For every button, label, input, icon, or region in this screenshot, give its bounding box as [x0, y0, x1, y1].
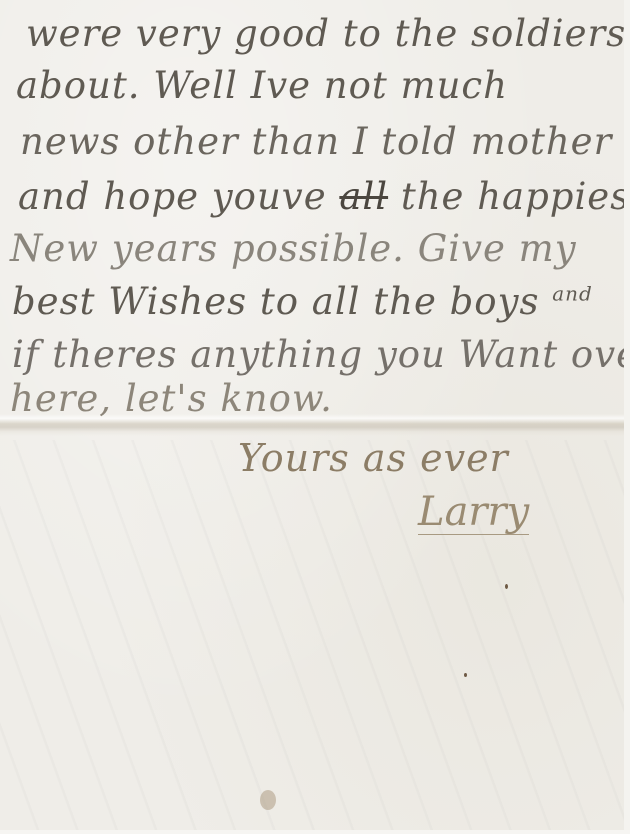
page-right-edge [624, 0, 630, 834]
line-6-text: best Wishes to all the boys [12, 280, 539, 323]
ink-speck [505, 584, 508, 589]
line-4-end: the happiest [401, 175, 630, 218]
letter-line-1: were very good to the soldiers [26, 12, 626, 55]
struck-out-word: all [339, 175, 388, 218]
letter-line-6: best Wishes to all the boys and [12, 280, 593, 323]
ink-bleed-through [0, 440, 624, 830]
line-4-start: and hope youve [18, 175, 327, 218]
page-bottom-edge [0, 830, 630, 834]
letter-line-4: and hope youve all the happiest [18, 175, 630, 218]
letter-closing: Yours as ever [238, 436, 509, 480]
letter-page: were very good to the soldiers about. We… [0, 0, 624, 830]
letter-line-2: about. Well Ive not much [16, 64, 508, 107]
signature: Larry [418, 490, 529, 535]
letter-line-8: here, let's know. [10, 377, 333, 420]
ink-speck [464, 673, 467, 677]
letter-line-5: New years possible. Give my [10, 227, 577, 270]
inserted-word: and [552, 282, 593, 306]
paper-stain [260, 790, 276, 810]
letter-line-7: if theres anything you Want over [12, 333, 630, 376]
letter-line-3: news other than I told mother [20, 120, 612, 163]
